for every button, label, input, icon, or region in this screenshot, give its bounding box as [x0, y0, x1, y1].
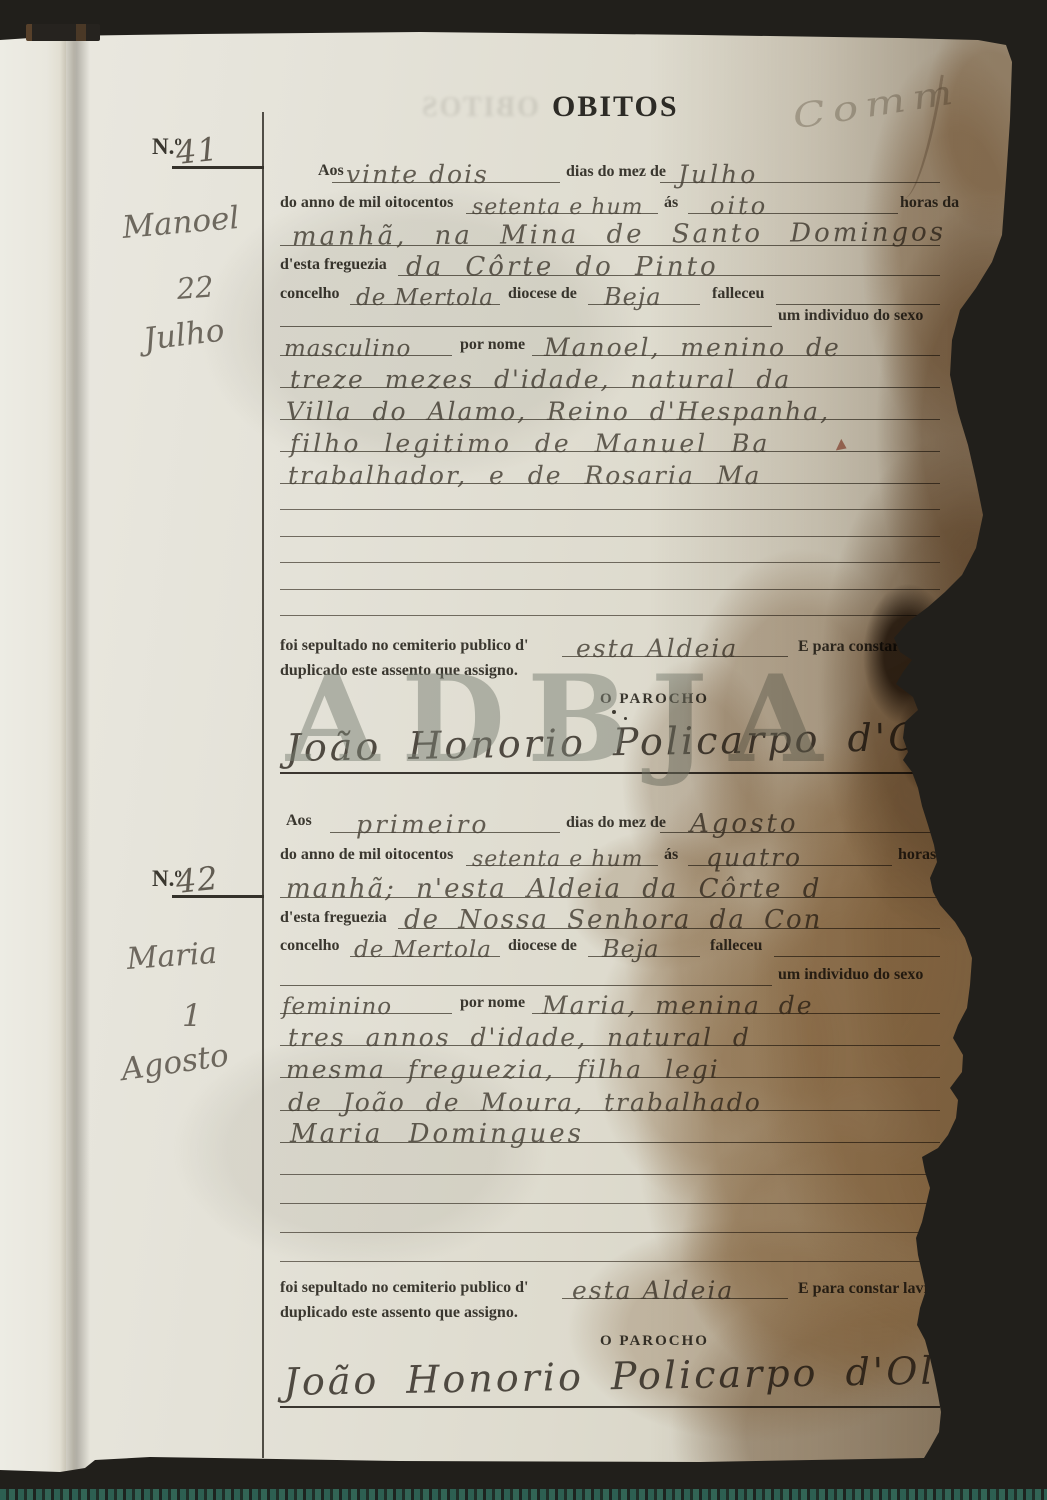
handwritten-place: manhã; n'esta Aldeia da Côrte d: [286, 874, 821, 904]
detail-line: tres annos d'idade, natural d: [280, 1023, 940, 1046]
blank-sexo: feminino: [280, 991, 452, 1014]
detail-line: Maria Domingues: [280, 1120, 940, 1143]
handwritten-month: Agosto: [690, 809, 799, 839]
blank-concelho: de Mertola: [350, 934, 500, 957]
entry-number-value: 42: [174, 859, 220, 901]
label-foi-sepultado: foi sepultado no cemiterio publico d': [280, 1279, 528, 1297]
handwritten-detail: Maria Domingues: [290, 1119, 584, 1149]
blank-falleceu: [774, 934, 940, 957]
handwritten-nome: Maria, menina de: [542, 991, 814, 1020]
handwritten-detail: mesma freguezia, filha legi: [286, 1055, 720, 1084]
handwritten-cemiterio: esta Aldeia: [572, 1276, 734, 1305]
label-do-anno: do anno de mil oitocentos: [280, 846, 453, 864]
label-concelho: concelho: [280, 937, 340, 955]
archive-watermark: ADBJA: [286, 660, 844, 780]
blank-hour: quatro: [688, 843, 892, 866]
scanner-color-strip: [0, 1489, 1047, 1500]
handwritten-diocese: Beja: [602, 935, 660, 963]
blank-freguezia: de Nossa Senhora da Con: [398, 906, 940, 929]
margin-month: Agosto: [119, 1037, 231, 1088]
label-e-para-constar: E para constar lavrei e: [798, 1280, 953, 1298]
blank-line: [280, 1203, 940, 1204]
signature-line: [280, 1406, 940, 1408]
label-as: ás: [664, 846, 678, 864]
label-falleceu: falleceu: [710, 937, 762, 955]
handwritten-hour: quatro: [706, 843, 802, 872]
label-diocese-de: diocese de: [508, 937, 577, 955]
detail-line: de João de Moura, trabalhado: [280, 1088, 940, 1111]
handwritten-year: setenta e hum: [472, 847, 644, 872]
label-dias-do-mez: dias do mez de: [566, 814, 666, 832]
blank-diocese: Beja: [588, 934, 700, 957]
detail-line: mesma freguezia, filha legi: [280, 1055, 940, 1078]
blank-line: [280, 1174, 940, 1175]
blank-year: setenta e hum: [466, 843, 658, 866]
label-aos: Aos: [286, 812, 312, 830]
blank-line: [280, 1261, 940, 1262]
label-desta-freguezia: d'esta freguezia: [280, 909, 387, 927]
blank-month: Agosto: [660, 810, 940, 833]
margin-day: 1: [182, 998, 202, 1034]
label-duplicado: duplicado este assento que assigno.: [280, 1304, 518, 1322]
label-horas: horas: [898, 846, 936, 864]
parish-priest-signature: João Honorio Policarpo d'Oli: [283, 1348, 951, 1404]
label-por-nome: por nome: [460, 994, 525, 1012]
handwritten-concelho: de Mertola: [354, 937, 492, 963]
register-page: OBITOS OBITOS Comm N.º 41 Manoel 22 Julh…: [0, 0, 1047, 1500]
blank-place: manhã; n'esta Aldeia da Côrte d: [280, 875, 940, 898]
blank-nome: Maria, menina de: [532, 991, 940, 1014]
blank-line: [280, 1232, 940, 1233]
blank-pre-sexo: [280, 963, 772, 986]
binding-tape: [26, 24, 100, 41]
handwritten-detail: de João de Moura, trabalhado: [288, 1088, 762, 1117]
label-o-parocho: O PAROCHO: [600, 1333, 709, 1350]
blank-cemiterio: esta Aldeia: [562, 1276, 788, 1299]
handwritten-sexo: feminino: [282, 994, 392, 1020]
handwritten-day: primeiro: [356, 810, 489, 839]
handwritten-detail: tres annos d'idade, natural d: [288, 1023, 751, 1052]
handwritten-freguezia: de Nossa Senhora da Con: [404, 905, 822, 935]
margin-name: Maria: [126, 936, 219, 977]
label-um-individuo: um individuo do sexo: [778, 966, 923, 984]
entry-number-line: 42: [172, 873, 264, 898]
blank-day: primeiro: [330, 810, 560, 833]
